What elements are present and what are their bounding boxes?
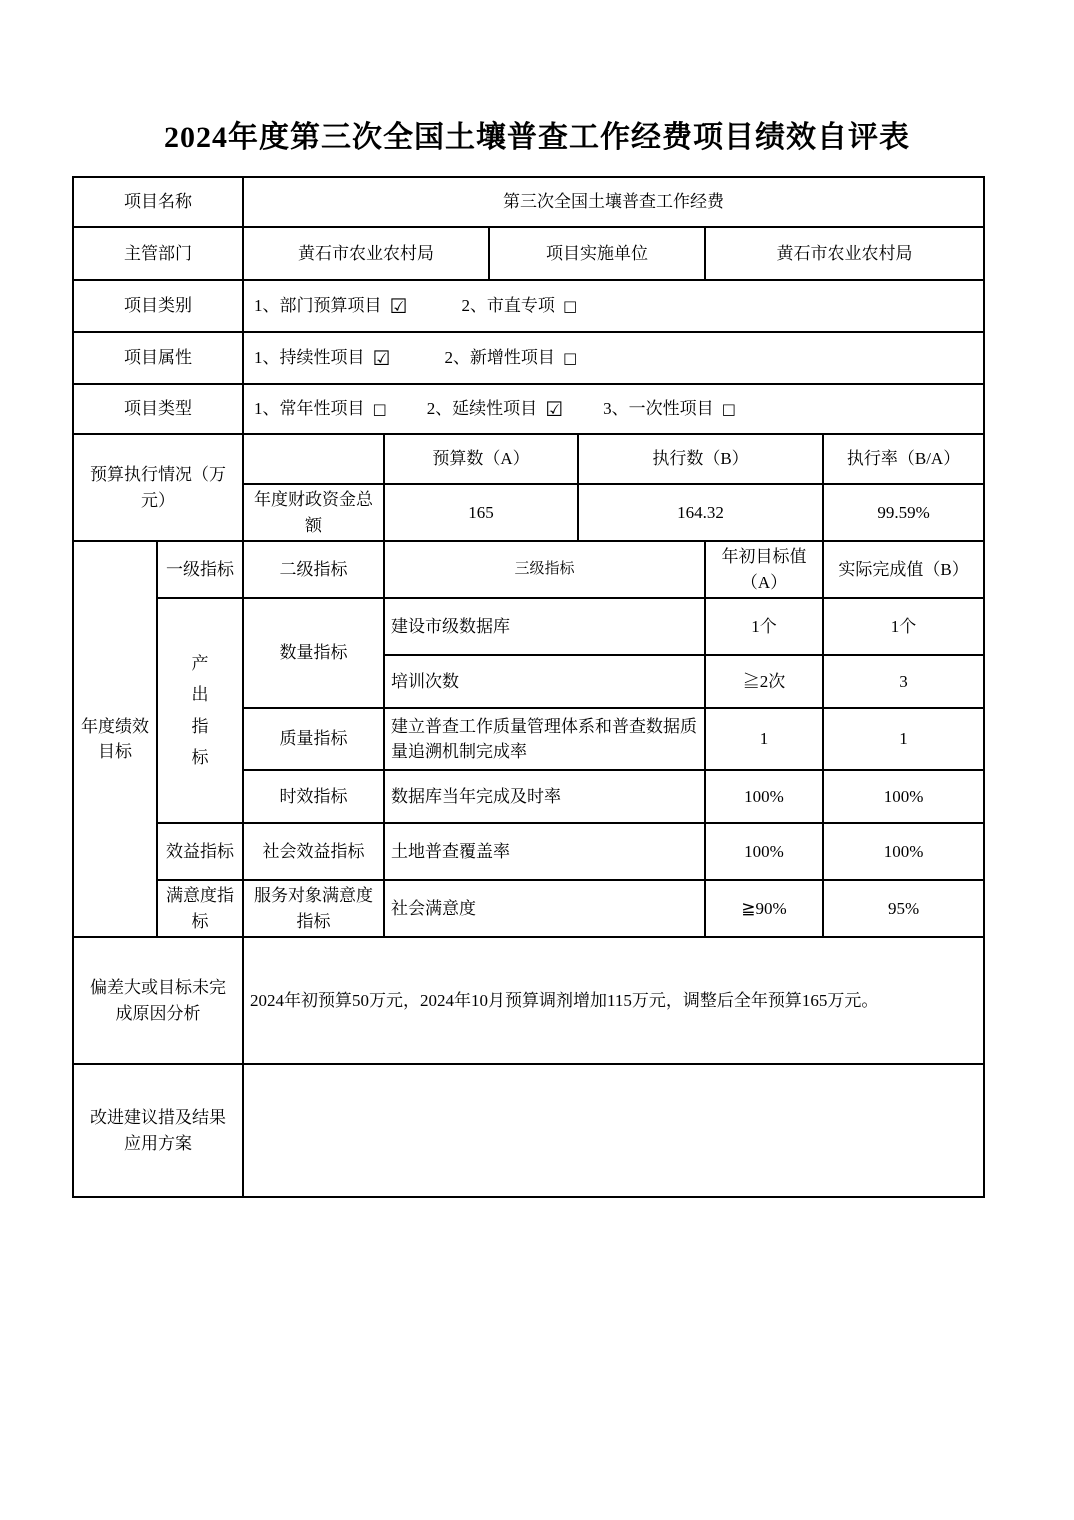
deviation-analysis-label: 偏差大或目标未完成原因分析 — [73, 937, 243, 1064]
level1-satisfaction-label: 满意度指标 — [157, 880, 243, 937]
attribute-option-1-label: 1、持续性项目 — [254, 345, 365, 371]
checkbox-checked-icon: ☑ — [545, 399, 563, 419]
level3-header: 三级指标 — [384, 541, 705, 598]
improvement-plan-label: 改进建议措及结果应用方案 — [73, 1064, 243, 1197]
executed-amount-value: 164.32 — [578, 484, 823, 541]
level2-timeliness-label: 时效指标 — [243, 770, 384, 823]
page-title: 2024年度第三次全国土壤普查工作经费项目绩效自评表 — [0, 112, 1074, 156]
indicator-name: 数据库当年完成及时率 — [384, 770, 705, 823]
row-improvement-plan: 改进建议措及结果应用方案 — [73, 1064, 984, 1197]
row-category: 项目类别 1、部门预算项目 ☑ 2、市直专项 □ — [73, 280, 984, 332]
budget-col-b-header: 执行数（B） — [578, 434, 823, 484]
row-project-name: 项目名称 第三次全国土壤普查工作经费 — [73, 177, 984, 227]
checkbox-empty-icon: □ — [722, 402, 736, 417]
checkbox-empty-icon: □ — [563, 351, 577, 366]
category-label: 项目类别 — [73, 280, 243, 332]
self-evaluation-table: 项目名称 第三次全国土壤普查工作经费 主管部门 黄石市农业农村局 项目实施单位 … — [72, 176, 985, 1198]
budget-rate-header: 执行率（B/A） — [823, 434, 984, 484]
project-type-option-2: 2、延续性项目 ☑ — [427, 396, 563, 422]
implementer-value: 黄石市农业农村局 — [705, 227, 984, 280]
checkbox-empty-icon: □ — [373, 402, 387, 417]
row-indicator-satisfaction: 满意度指标 服务对象满意度指标 社会满意度 ≧90% 95% — [73, 880, 984, 937]
category-options: 1、部门预算项目 ☑ 2、市直专项 □ — [243, 280, 984, 332]
project-type-option-3-label: 3、一次性项目 — [603, 396, 714, 422]
indicator-target: 1 — [705, 708, 823, 770]
improvement-plan-content — [243, 1064, 984, 1197]
level1-benefit-label: 效益指标 — [157, 823, 243, 880]
indicator-target: 100% — [705, 770, 823, 823]
indicator-actual: 3 — [823, 655, 984, 708]
implementer-label: 项目实施单位 — [489, 227, 705, 280]
target-header: 年初目标值（A） — [705, 541, 823, 598]
level1-output-label: 产出指标 — [157, 598, 243, 823]
budget-empty-cell — [243, 434, 384, 484]
indicator-target: 100% — [705, 823, 823, 880]
attribute-option-1: 1、持续性项目 ☑ — [254, 345, 390, 371]
project-type-option-3: 3、一次性项目 □ — [603, 396, 736, 422]
row-project-type: 项目类型 1、常年性项目 □ 2、延续性项目 ☑ 3、一次性项目 □ — [73, 384, 984, 434]
annual-funds-label: 年度财政资金总额 — [243, 484, 384, 541]
indicator-actual: 95% — [823, 880, 984, 937]
department-label: 主管部门 — [73, 227, 243, 280]
row-indicator-header: 年度绩效目标 一级指标 二级指标 三级指标 年初目标值（A） 实际完成值（B） — [73, 541, 984, 598]
budget-section-label: 预算执行情况（万元） — [73, 434, 243, 541]
checkbox-checked-icon: ☑ — [390, 296, 408, 316]
category-option-2-label: 2、市直专项 — [461, 293, 555, 319]
attribute-label: 项目属性 — [73, 332, 243, 384]
project-type-option-1: 1、常年性项目 □ — [254, 396, 387, 422]
indicator-target: ≧2次 — [705, 655, 823, 708]
indicator-actual: 100% — [823, 823, 984, 880]
project-name-value: 第三次全国土壤普查工作经费 — [243, 177, 984, 227]
category-option-1: 1、部门预算项目 ☑ — [254, 293, 407, 319]
checkbox-empty-icon: □ — [563, 299, 577, 314]
category-option-1-label: 1、部门预算项目 — [254, 293, 382, 319]
checkbox-checked-icon: ☑ — [373, 348, 391, 368]
row-indicator-coverage: 效益指标 社会效益指标 土地普查覆盖率 100% 100% — [73, 823, 984, 880]
budget-col-a-header: 预算数（A） — [384, 434, 578, 484]
attribute-option-2: 2、新增性项目 □ — [444, 345, 577, 371]
project-type-option-1-label: 1、常年性项目 — [254, 396, 365, 422]
level2-quality-label: 质量指标 — [243, 708, 384, 770]
indicator-actual: 100% — [823, 770, 984, 823]
indicator-actual: 1 — [823, 708, 984, 770]
project-type-options: 1、常年性项目 □ 2、延续性项目 ☑ 3、一次性项目 □ — [243, 384, 984, 434]
indicator-name: 建立普查工作质量管理体系和普查数据质量追溯机制完成率 — [384, 708, 705, 770]
attribute-options: 1、持续性项目 ☑ 2、新增性项目 □ — [243, 332, 984, 384]
budget-amount-value: 165 — [384, 484, 578, 541]
level2-quantity-label: 数量指标 — [243, 598, 384, 708]
deviation-analysis-content: 2024年初预算50万元，2024年10月预算调剂增加115万元，调整后全年预算… — [243, 937, 984, 1064]
indicator-name: 培训次数 — [384, 655, 705, 708]
row-deviation-analysis: 偏差大或目标未完成原因分析 2024年初预算50万元，2024年10月预算调剂增… — [73, 937, 984, 1064]
attribute-option-2-label: 2、新增性项目 — [444, 345, 555, 371]
row-attribute: 项目属性 1、持续性项目 ☑ 2、新增性项目 □ — [73, 332, 984, 384]
indicator-name: 建设市级数据库 — [384, 598, 705, 655]
indicator-target: ≧90% — [705, 880, 823, 937]
category-option-2: 2、市直专项 □ — [461, 293, 577, 319]
project-type-label: 项目类型 — [73, 384, 243, 434]
level2-service-label: 服务对象满意度指标 — [243, 880, 384, 937]
actual-header: 实际完成值（B） — [823, 541, 984, 598]
level2-social-label: 社会效益指标 — [243, 823, 384, 880]
document-page: 2024年度第三次全国土壤普查工作经费项目绩效自评表 项目名称 第三次全国土壤普… — [0, 0, 1074, 1520]
indicator-name: 土地普查覆盖率 — [384, 823, 705, 880]
level1-header: 一级指标 — [157, 541, 243, 598]
row-indicator-database: 产出指标 数量指标 建设市级数据库 1个 1个 — [73, 598, 984, 655]
project-name-label: 项目名称 — [73, 177, 243, 227]
execution-rate-value: 99.59% — [823, 484, 984, 541]
project-type-option-2-label: 2、延续性项目 — [427, 396, 538, 422]
performance-group-label: 年度绩效目标 — [73, 541, 157, 937]
row-budget-header: 预算执行情况（万元） 预算数（A） 执行数（B） 执行率（B/A） — [73, 434, 984, 484]
department-value: 黄石市农业农村局 — [243, 227, 489, 280]
row-department: 主管部门 黄石市农业农村局 项目实施单位 黄石市农业农村局 — [73, 227, 984, 280]
indicator-target: 1个 — [705, 598, 823, 655]
indicator-actual: 1个 — [823, 598, 984, 655]
level2-header: 二级指标 — [243, 541, 384, 598]
indicator-name: 社会满意度 — [384, 880, 705, 937]
